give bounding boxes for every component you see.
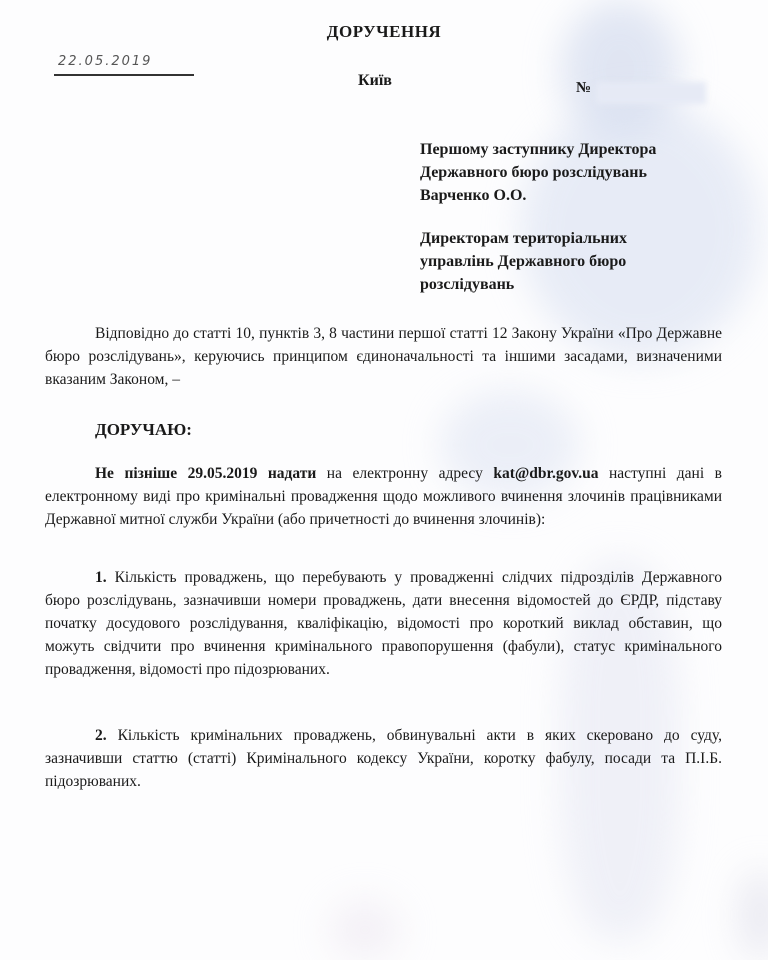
addressee-line: Варченко О.О. [420,184,740,207]
addressee-line: Державного бюро розслідувань [420,161,740,184]
item-text: Кількість кримінальних проваджень, обвин… [45,727,722,790]
document-city: Київ [358,72,392,90]
document-number-label: № [576,80,591,97]
deadline-lead: Не пізніше 29.05.2019 надати [95,465,316,482]
paper-stain [560,0,680,140]
date-underline [54,74,194,76]
main-paragraph: Не пізніше 29.05.2019 надати на електрон… [45,462,722,531]
order-heading: ДОРУЧАЮ: [95,420,192,440]
list-item: 1. Кількість проваджень, що перебувають … [45,566,722,681]
addressee-line: Директорам територіальних [420,227,740,250]
redacted-number [596,82,706,104]
item-number: 1. [95,569,107,586]
main-text: на електронну адресу [316,465,493,482]
intro-paragraph: Відповідно до статті 10, пунктів 3, 8 ча… [45,322,722,391]
paper-stain [740,870,768,960]
document-page: ДОРУЧЕННЯ 22.05.2019 Київ № Першому заст… [0,0,768,960]
addressee-line: управлінь Державного бюро [420,250,740,273]
document-title: ДОРУЧЕННЯ [0,22,768,42]
paper-stain [330,900,400,960]
document-date: 22.05.2019 [58,54,198,69]
addressee-line: розслідувань [420,273,740,296]
email-address: kat@dbr.gov.ua [493,465,598,482]
item-text: Кількість проваджень, що перебувають у п… [45,569,722,678]
addressee-line: Першому заступнику Директора [420,138,740,161]
addressee-block: Директорам територіальних управлінь Держ… [420,227,740,296]
item-number: 2. [95,727,107,744]
addressee-block: Першому заступнику Директора Державного … [420,138,740,207]
list-item: 2. Кількість кримінальних проваджень, об… [45,724,722,793]
